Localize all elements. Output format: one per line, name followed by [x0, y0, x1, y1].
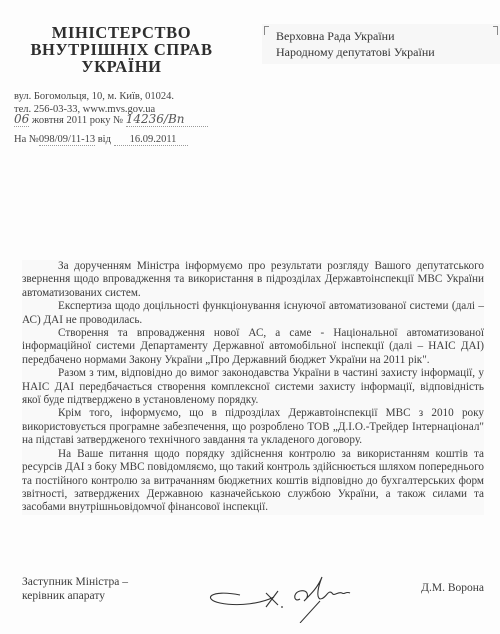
incoming-prefix: На № — [14, 134, 39, 145]
outgoing-number: 14236/Вп — [126, 112, 208, 127]
incoming-reference: На №098/09/11-13 від 16.09.2011 — [14, 134, 188, 146]
ministry-name: МІНІСТЕРСТВО ВНУТРІШНІХ СПРАВ УКРАЇНИ — [14, 24, 229, 75]
bracket-corner-left — [264, 26, 269, 35]
signer-title-line-2: керівник апарату — [22, 589, 128, 603]
incoming-date: 16.09.2011 — [114, 134, 189, 146]
letter-page: МІНІСТЕРСТВО ВНУТРІШНІХ СПРАВ УКРАЇНИ ву… — [0, 0, 500, 634]
outgoing-registration: 06 жовтня 2011 року № 14236/Вп — [14, 112, 208, 127]
handwritten-signature-icon — [200, 563, 380, 623]
address-street: вул. Богомольця, 10, м. Київ, 01024. — [14, 90, 229, 103]
addressee-organization: Верховна Рада України — [276, 28, 500, 44]
signature-block: Заступник Міністра – керівник апарату Д.… — [22, 575, 484, 605]
addressee-recipient: Народному депутатові України — [276, 44, 500, 60]
outgoing-day: 06 — [14, 112, 29, 127]
signer-name: Д.М. Ворона — [421, 582, 484, 594]
incoming-from-label: від — [98, 134, 111, 145]
outgoing-number-label: № — [113, 115, 123, 126]
body-paragraph: Експертиза щодо доцільності функціонуван… — [22, 300, 484, 327]
body-paragraph: На Ваше питання щодо порядку здійснення … — [22, 448, 484, 515]
ministry-name-line-2: ВНУТРІШНІХ СПРАВ — [14, 41, 229, 58]
signer-title: Заступник Міністра – керівник апарату — [22, 575, 128, 603]
bracket-corner-right — [493, 26, 498, 35]
letterhead: МІНІСТЕРСТВО ВНУТРІШНІХ СПРАВ УКРАЇНИ ву… — [14, 24, 229, 116]
outgoing-month-year: жовтня 2011 року — [32, 115, 111, 126]
body-paragraph: Створення та впровадження нової АС, а са… — [22, 327, 484, 367]
ministry-name-line-3: УКРАЇНИ — [14, 58, 229, 75]
body-paragraph: За дорученням Міністра інформуємо про ре… — [22, 260, 484, 300]
incoming-ref-number: 098/09/11-13 — [39, 134, 95, 146]
letter-body: За дорученням Міністра інформуємо про ре… — [22, 260, 484, 515]
addressee-block: Верховна Рада України Народному депутато… — [262, 24, 500, 64]
body-paragraph: Крім того, інформуємо, що в підрозділах … — [22, 407, 484, 447]
ministry-name-line-1: МІНІСТЕРСТВО — [14, 24, 229, 41]
body-paragraph: Разом з тим, відповідно до вимог законод… — [22, 367, 484, 407]
signer-title-line-1: Заступник Міністра – — [22, 575, 128, 589]
